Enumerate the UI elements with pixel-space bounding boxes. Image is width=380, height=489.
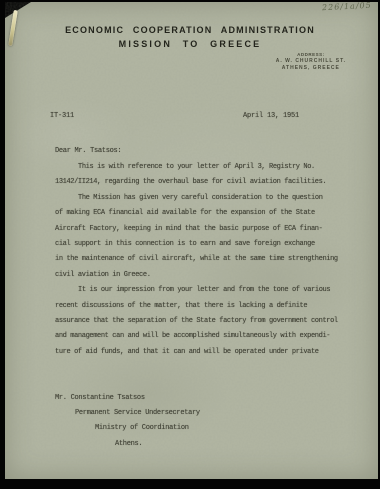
- letter-body-line: and management can and will be accomplis…: [55, 329, 360, 344]
- address-city: ATHENS, GREECE: [276, 65, 346, 72]
- letter-body-line: recent discussions of the matter, that t…: [55, 299, 360, 314]
- reference-number: IT-311: [50, 112, 74, 120]
- letter-body-line: ture of aid funds, and that it can and w…: [55, 345, 360, 360]
- letterhead-mission: MISSION TO GREECE: [0, 39, 380, 49]
- letter-body-line: of making ECA financial aid available fo…: [55, 206, 360, 221]
- letter-body-line: The Mission has given very careful consi…: [55, 191, 360, 206]
- letter-body-line: 13142/II214, regarding the overhaul base…: [55, 175, 360, 190]
- recipient-title: Permanent Service Undersecretary: [75, 406, 200, 421]
- letter-body-line: Aircraft Factory, keeping in mind that t…: [55, 222, 360, 237]
- recipient-city: Athens.: [115, 437, 200, 452]
- address-label: ADDRESS:: [276, 51, 346, 58]
- letter-body-line: It is our impression from your letter an…: [55, 283, 360, 298]
- letter-body-line: This is with reference to your letter of…: [55, 160, 360, 175]
- letter-body-line: cial support in this connection is to ea…: [55, 237, 360, 252]
- recipient-name: Mr. Constantine Tsatsos: [55, 391, 200, 406]
- letterhead-organization: ECONOMIC COOPERATION ADMINISTRATION: [0, 25, 380, 35]
- recipient-ministry: Ministry of Coordination: [95, 421, 200, 436]
- letter-body: This is with reference to your letter of…: [55, 160, 360, 360]
- letter-body-line: assurance that the separation of the Sta…: [55, 314, 360, 329]
- recipient-address-block: Mr. Constantine Tsatsos Permanent Servic…: [55, 391, 200, 452]
- photo-of-letter: 226/1a/05 ECONOMIC COOPERATION ADMINISTR…: [0, 0, 380, 489]
- salutation: Dear Mr. Tsatsos:: [55, 147, 121, 155]
- letter-body-line: civil aviation in Greece.: [55, 268, 360, 283]
- address-street: A. W. CHURCHILL ST.: [276, 58, 346, 65]
- letterhead-address-block: ADDRESS: A. W. CHURCHILL ST. ATHENS, GRE…: [276, 51, 346, 72]
- letter-body-line: in the maintenance of civil aircraft, wh…: [55, 252, 360, 267]
- letter-date: April 13, 1951: [243, 112, 299, 120]
